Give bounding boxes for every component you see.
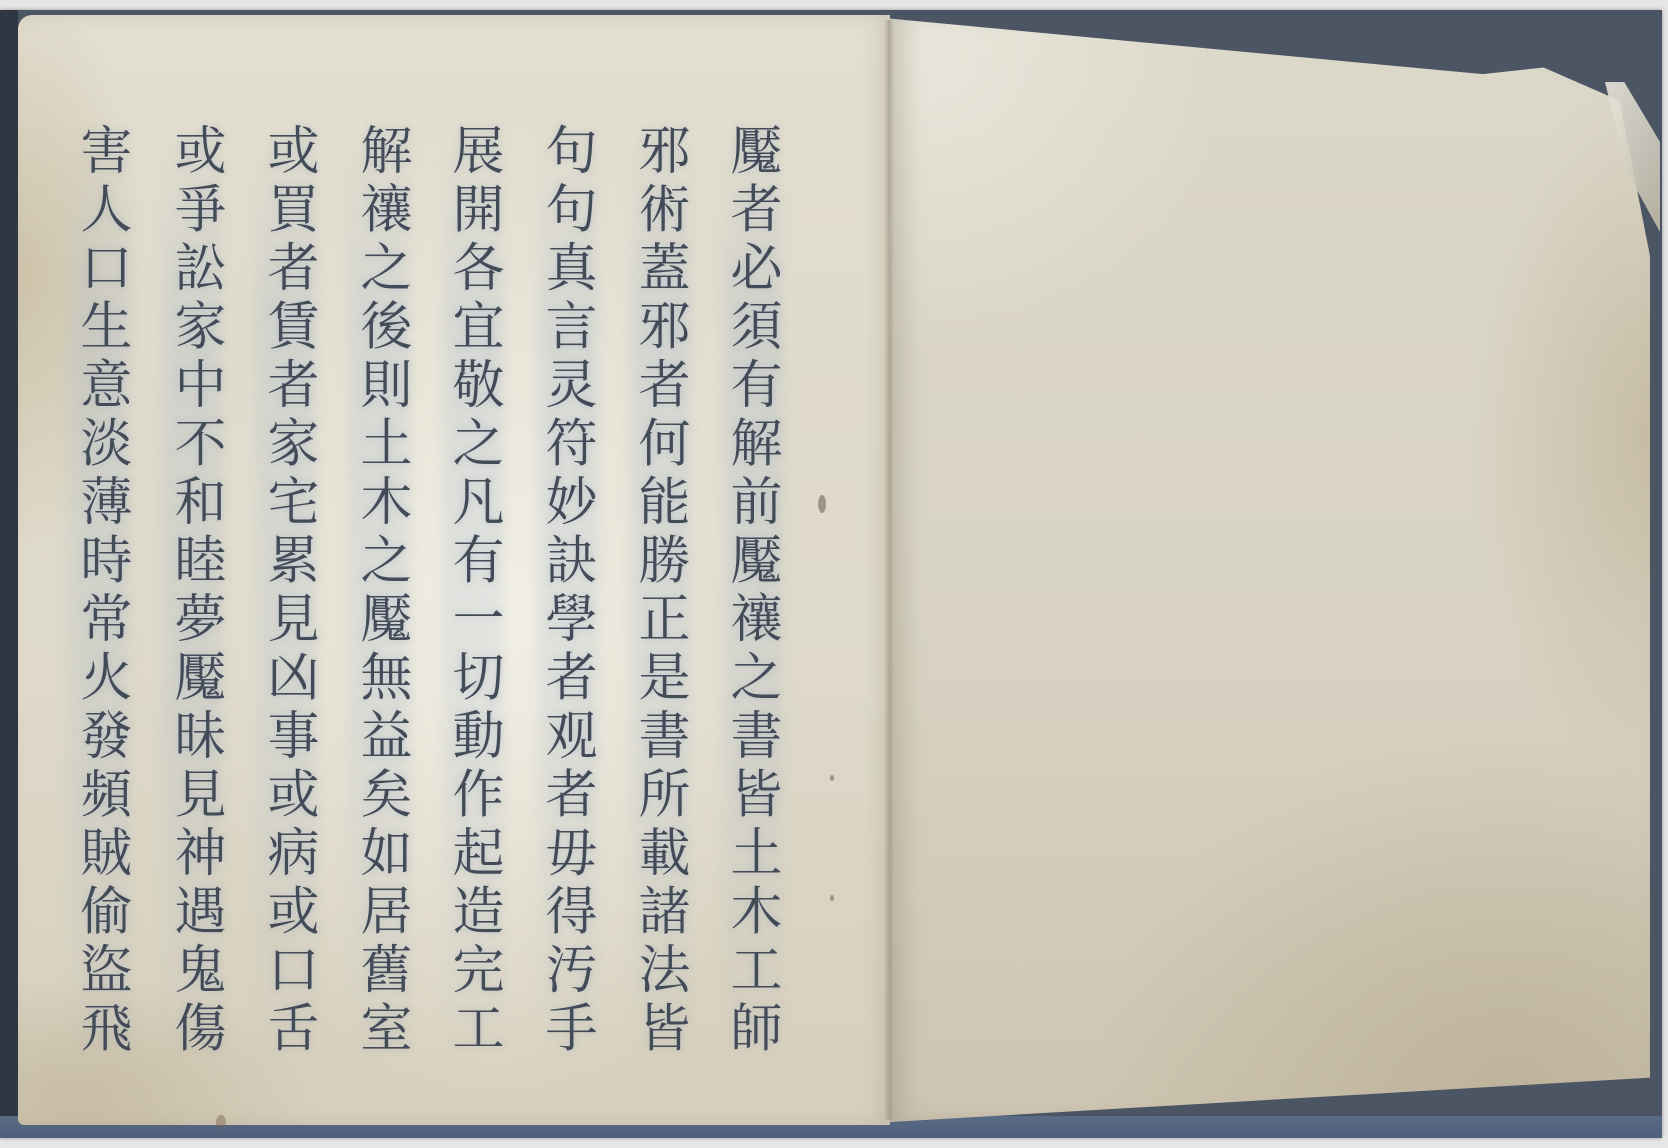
text-column-7: 或爭訟家中不和睦夢魘昧見神遇鬼傷 bbox=[150, 123, 240, 1059]
binding-hole bbox=[818, 495, 826, 513]
photo-frame: 魘者必須有解前魘禳之書皆土木工師 邪術蓋邪者何能勝正是書所載諸法皆 句句真言灵符… bbox=[0, 10, 1662, 1138]
text-column-5: 解禳之後則土木之魘無益矣如居舊室 bbox=[336, 123, 426, 1059]
book-gutter bbox=[884, 20, 894, 1120]
left-page: 魘者必須有解前魘禳之書皆土木工師 邪術蓋邪者何能勝正是書所載諸法皆 句句真言灵符… bbox=[18, 15, 890, 1125]
column-text: 或爭訟家中不和睦夢魘昧見神遇鬼傷 bbox=[150, 123, 240, 1059]
text-column-8: 害人口生意淡薄時常火發頻賊偷盜飛 bbox=[56, 123, 146, 1059]
text-column-6: 或買者賃者家宅累見凶事或病或口舌 bbox=[243, 123, 333, 1059]
text-column-4: 展開各宜敬之凡有一切動作起造完工 bbox=[428, 123, 518, 1059]
paper-stain bbox=[216, 1115, 226, 1129]
column-text: 句句真言灵符妙訣學者观者毋得汚手 bbox=[521, 123, 611, 1059]
column-text: 邪術蓋邪者何能勝正是書所載諸法皆 bbox=[614, 123, 704, 1059]
column-text: 解禳之後則土木之魘無益矣如居舊室 bbox=[336, 123, 426, 1059]
column-text: 展開各宜敬之凡有一切動作起造完工 bbox=[428, 123, 518, 1059]
binding-hole bbox=[830, 775, 834, 781]
right-page-blank bbox=[890, 12, 1650, 1122]
binding-hole bbox=[830, 895, 834, 901]
column-text: 魘者必須有解前魘禳之書皆土木工師 bbox=[706, 123, 796, 1059]
table-surface-left bbox=[0, 10, 18, 1138]
text-column-1: 魘者必須有解前魘禳之書皆土木工師 bbox=[706, 123, 796, 1059]
text-column-2: 邪術蓋邪者何能勝正是書所載諸法皆 bbox=[614, 123, 704, 1059]
column-text: 或買者賃者家宅累見凶事或病或口舌 bbox=[243, 123, 333, 1059]
text-column-3: 句句真言灵符妙訣學者观者毋得汚手 bbox=[521, 123, 611, 1059]
column-text: 害人口生意淡薄時常火發頻賊偷盜飛 bbox=[56, 123, 146, 1059]
